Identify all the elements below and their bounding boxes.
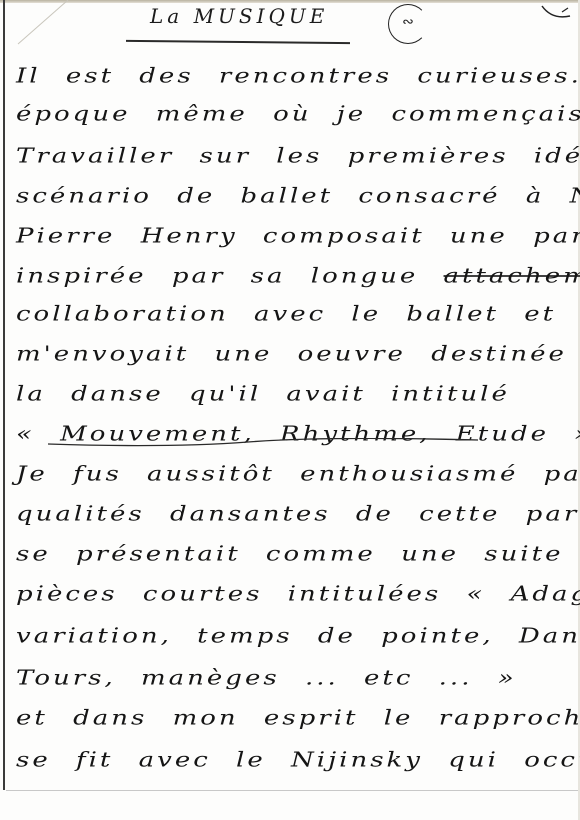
text-line-1: Il est des rencontres curieuses. A l' (16, 64, 580, 88)
text-line-8: m'envoyait une oeuvre destinée à (16, 342, 580, 366)
text-line-5: Pierre Henry composait une partition (16, 224, 580, 248)
page-title: La MUSIQUE (150, 4, 328, 28)
scanned-page: La MUSIQUE ∾ Il est des rencontres curie… (0, 0, 580, 820)
text-line-16: Tours, manèges ... etc ... » (16, 666, 517, 690)
text-line-15: variation, temps de pointe, Danse, (16, 624, 580, 648)
text-line-3: Travailler sur les premières idées d'un (16, 144, 580, 168)
text-line-17: et dans mon esprit le rapprochement (16, 706, 580, 730)
text-line-18: se fit avec le Nijinsky qui occupait (16, 748, 580, 772)
text-line-7: collaboration avec le ballet et (16, 302, 556, 326)
corner-curve-mark (540, 4, 574, 22)
text-line-13: se présentait comme une suite de (16, 542, 580, 566)
line-6-text: inspirée par sa longue (16, 264, 418, 288)
circled-page-mark: ∾ (388, 4, 428, 44)
text-line-2: époque même où je commençais à (16, 102, 580, 126)
title-quote-underline (48, 438, 478, 448)
title-underline (126, 40, 350, 44)
scan-left-edge (3, 0, 5, 790)
text-line-4: scénario de ballet consacré à Nijinsky - (16, 184, 580, 208)
text-line-6: inspirée par sa longue attachement (16, 264, 580, 288)
text-line-11: Je fus aussitôt enthousiasmé par les (16, 462, 580, 486)
struck-out-word: attachement (444, 264, 580, 288)
text-line-12: qualités dansantes de cette partition qu… (16, 502, 580, 526)
page-header: La MUSIQUE ∾ (0, 0, 580, 50)
text-line-14: pièces courtes intitulées « Adagio, (16, 582, 580, 606)
scan-bottom-edge (6, 790, 580, 791)
text-line-9: la danse qu'il avait intitulé (16, 382, 510, 406)
